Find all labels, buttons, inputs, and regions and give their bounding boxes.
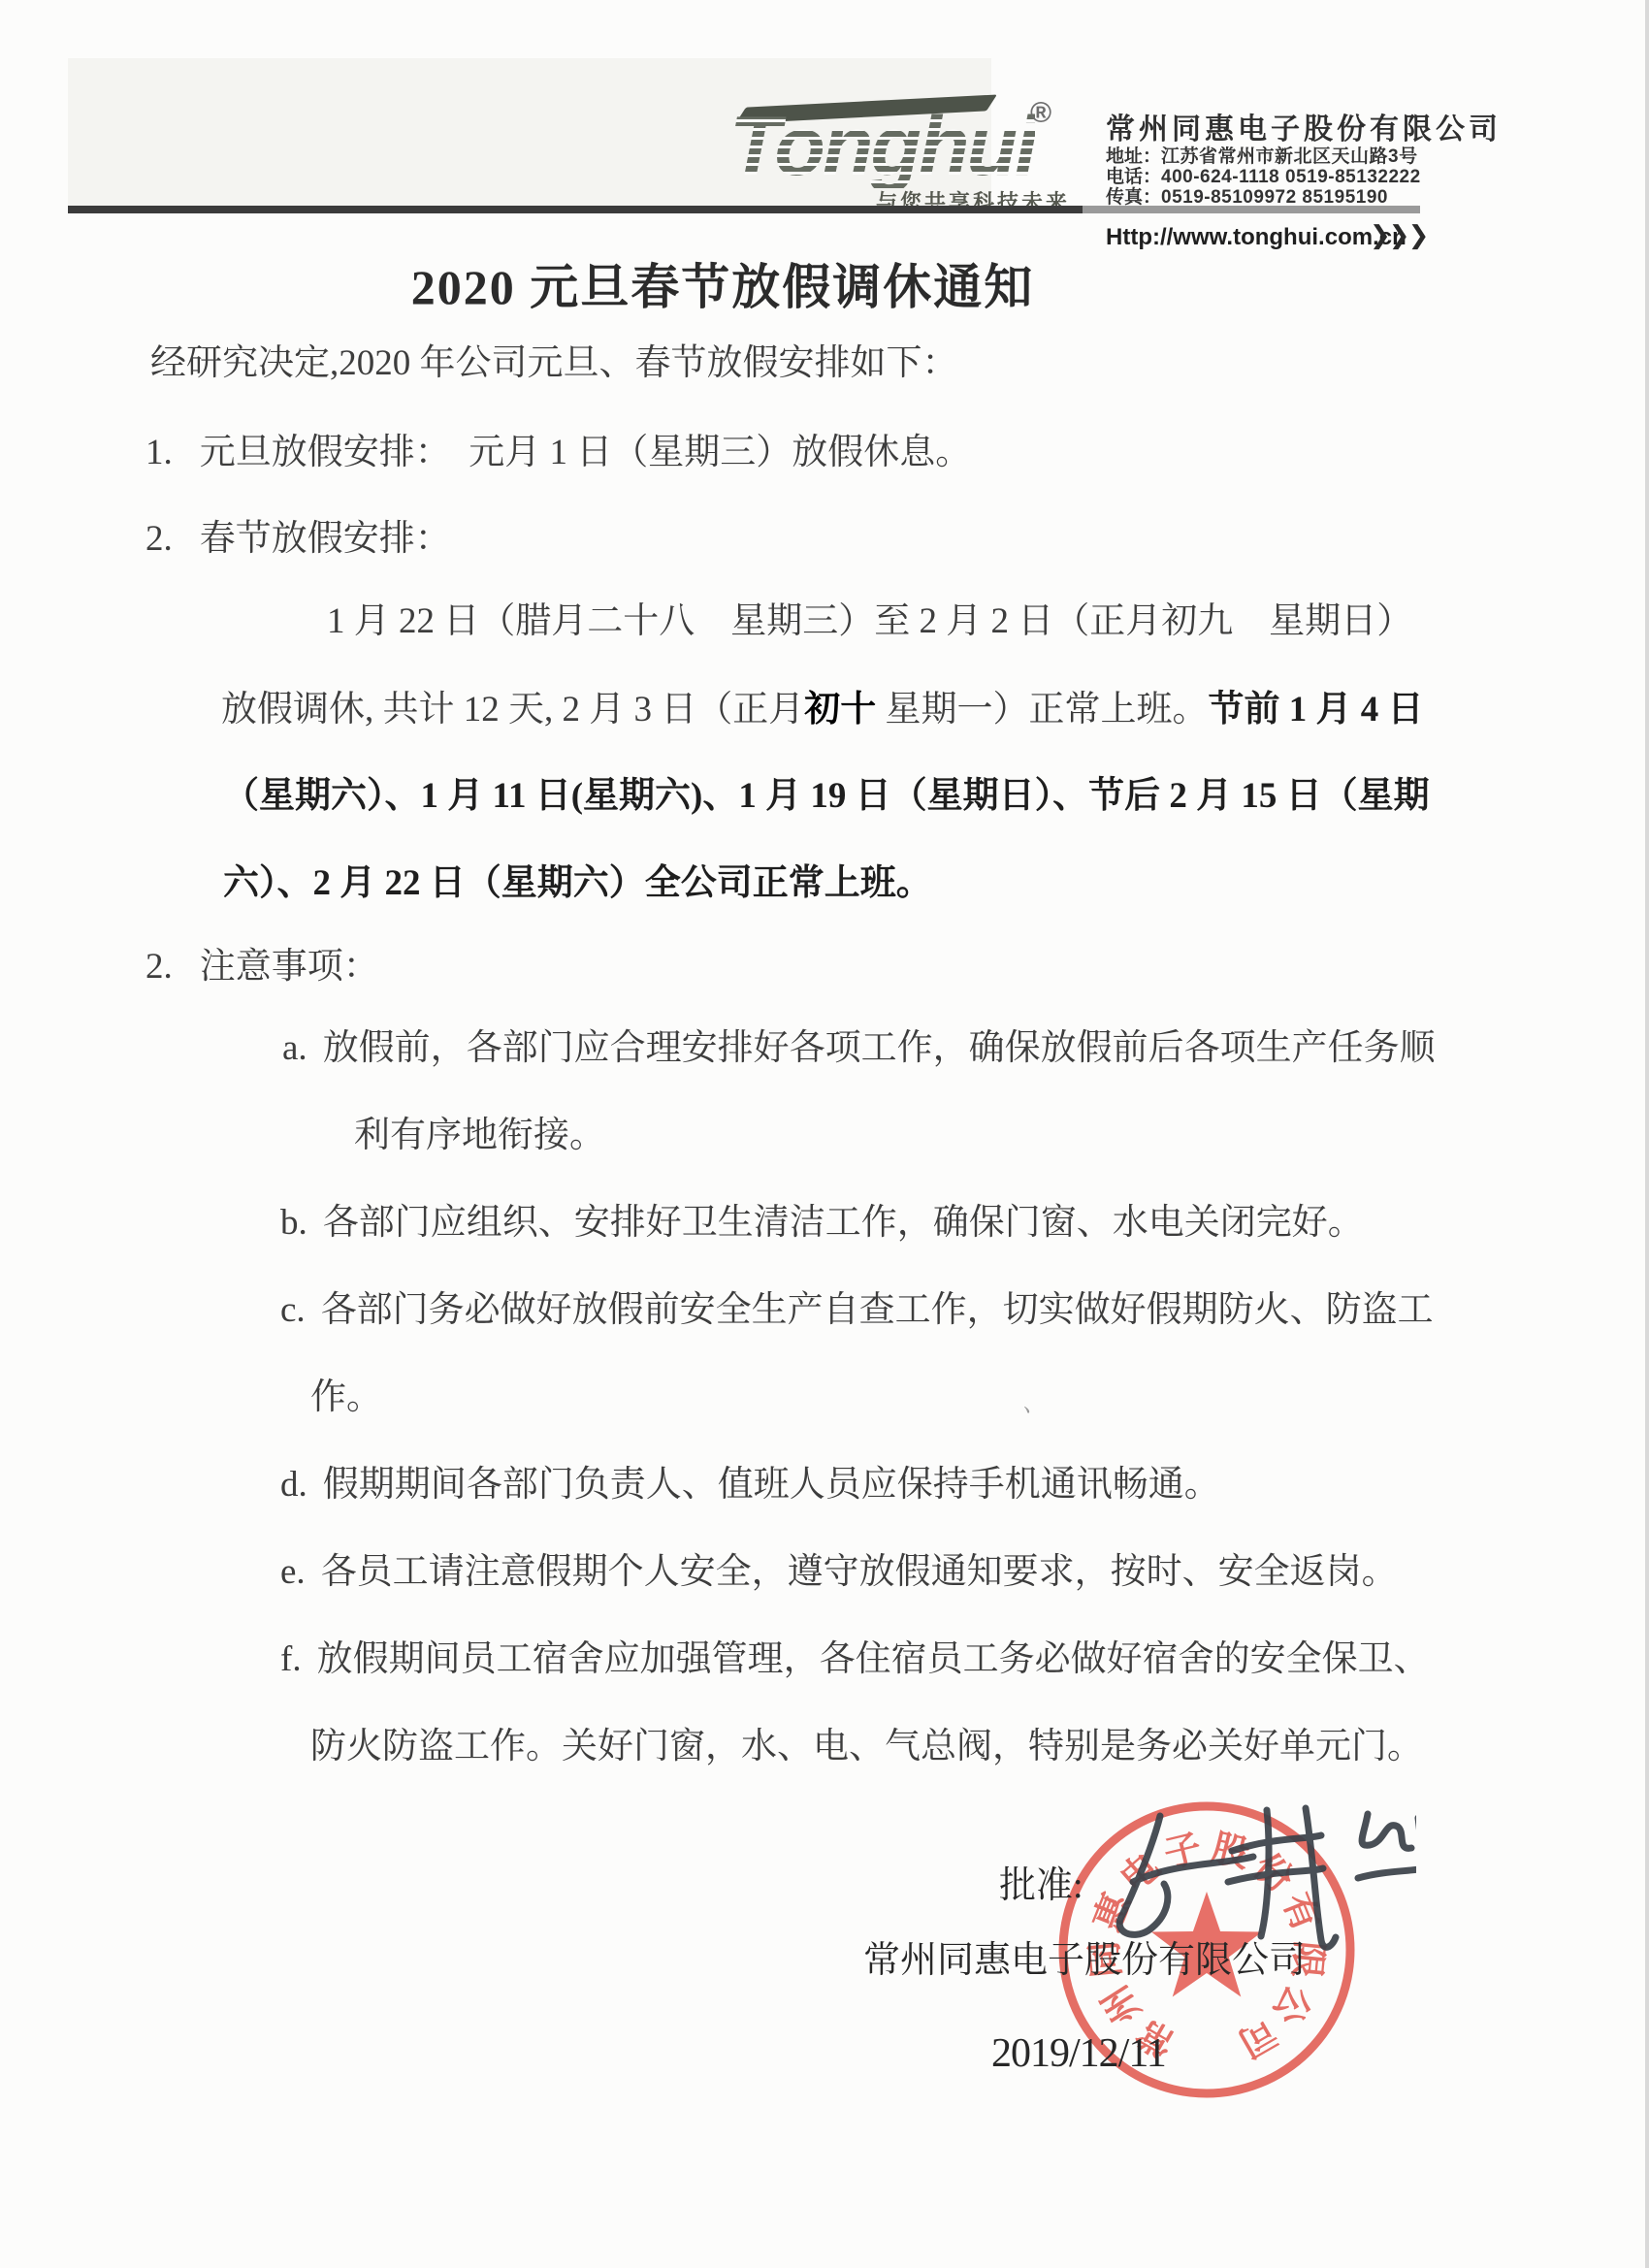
scan-artifact-mark: 、 xyxy=(1021,1383,1051,1421)
note-b-line-1: b.各部门应组织、安排好卫生清洁工作，确保门窗、水电关闭完好。 xyxy=(280,1205,1364,1241)
item1-number: 1. xyxy=(145,433,173,472)
note-f-line-2: 防火防盗工作。关好门窗，水、电、气总阀，特别是务必关好单元门。 xyxy=(310,1729,1423,1765)
spring-line2-pre: 放假调休, 共计 12 天, 2 月 3 日（正月 xyxy=(221,690,804,729)
note-d-letter: d. xyxy=(280,1465,307,1505)
footer-date: 2019/12/11 xyxy=(991,2033,1166,2074)
page-title: 2020 元旦春节放假调休通知 xyxy=(0,248,1445,318)
note-e-line-1: e.各员工请注意假期个人安全，遵守放假通知要求，按时、安全返岗。 xyxy=(280,1554,1398,1590)
tonghui-logo: Tonghui xyxy=(729,105,1035,188)
item2-text: 春节放假安排： xyxy=(200,519,451,559)
list-item-1: 1.元旦放假安排： 元月 1 日（星期三）放假休息。 xyxy=(145,435,971,470)
list-item-2: 2.春节放假安排： xyxy=(145,521,451,557)
fax-value: 0519-85109972 85195190 xyxy=(1161,187,1388,208)
spring-line-3: （星期六）、1 月 11 日(星期六)、1 月 19 日（星期日）、节后 2 月… xyxy=(223,778,1430,814)
spring-line2-patched-text: 初十 xyxy=(804,689,876,729)
spring-line-2: 放假调休, 共计 12 天, 2 月 3 日（正月初十 星期一）正常上班。节前 … xyxy=(221,691,1424,728)
note-d-text: 假期期间各部门负责人、值班人员应保持手机通讯畅通。 xyxy=(323,1465,1220,1505)
note-a-text: 放假前，各部门应合理安排好各项工作，确保放假前后各项生产任务顺 xyxy=(323,1028,1436,1068)
company-fax-row: 传真：0519-85109972 85195190 xyxy=(1106,182,1388,209)
note-b-text: 各部门应组织、安排好卫生清洁工作，确保门窗、水电关闭完好。 xyxy=(323,1203,1364,1243)
note-d-line-1: d.假期期间各部门负责人、值班人员应保持手机通讯畅通。 xyxy=(280,1467,1220,1503)
note-e-text: 各员工请注意假期个人安全，遵守放假通知要求，按时、安全返岗。 xyxy=(321,1552,1398,1592)
scan-edge-shadow xyxy=(1645,0,1649,2268)
fax-label: 传真： xyxy=(1106,187,1161,208)
note-a-letter: a. xyxy=(282,1028,307,1068)
item3-number: 2. xyxy=(145,947,173,987)
chevrons-icon: ❯❯❯ xyxy=(1370,221,1427,250)
spring-line-4: 六）、2 月 22 日（星期六）全公司正常上班。 xyxy=(223,865,932,901)
spring-line2-bold: 节前 1 月 4 日 xyxy=(1209,690,1424,729)
company-url: Http://www.tonghui.com.cn xyxy=(1106,224,1406,251)
note-f-letter: f. xyxy=(280,1639,302,1679)
scanned-notice-page: Tonghui ® 与您共享科技未来 常州同惠电子股份有限公司 地址：江苏省常州… xyxy=(0,0,1649,2268)
header-divider-gray xyxy=(1083,206,1420,213)
registered-trademark-icon: ® xyxy=(1030,97,1051,130)
note-f-text: 放假期间员工宿舍应加强管理，各住宿员工务必做好宿舍的安全保卫、 xyxy=(317,1639,1430,1679)
note-c-text: 各部门务必做好放假前安全生产自查工作，切实做好假期防火、防盗工 xyxy=(321,1290,1434,1330)
note-f-line-1: f.放假期间员工宿舍应加强管理，各住宿员工务必做好宿舍的安全保卫、 xyxy=(280,1641,1430,1677)
note-c-line-1: c.各部门务必做好放假前安全生产自查工作，切实做好假期防火、防盗工 xyxy=(280,1292,1434,1328)
header-divider-dark xyxy=(68,206,1083,213)
intro-paragraph: 经研究决定,2020 年公司元旦、春节放假安排如下： xyxy=(150,345,958,381)
item1-text: 元旦放假安排： 元月 1 日（星期三）放假休息。 xyxy=(200,433,972,472)
spring-line2-mid: 星期一）正常上班。 xyxy=(876,690,1208,729)
handwritten-signature xyxy=(999,1787,1416,2020)
spring-line-1: 1 月 22 日（腊月二十八 星期三）至 2 月 2 日（正月初九 星期日） xyxy=(327,603,1412,639)
note-a-line-2: 利有序地衔接。 xyxy=(354,1118,605,1153)
note-a-line-1: a.放假前，各部门应合理安排好各项工作，确保放假前后各项生产任务顺 xyxy=(282,1030,1436,1066)
note-e-letter: e. xyxy=(280,1552,306,1592)
note-c-letter: c. xyxy=(280,1290,306,1330)
list-item-notes: 2.注意事项： xyxy=(145,949,379,985)
item3-text: 注意事项： xyxy=(200,947,379,987)
item2-number: 2. xyxy=(145,519,173,559)
note-b-letter: b. xyxy=(280,1203,307,1243)
note-c-line-2: 作。 xyxy=(310,1379,382,1415)
